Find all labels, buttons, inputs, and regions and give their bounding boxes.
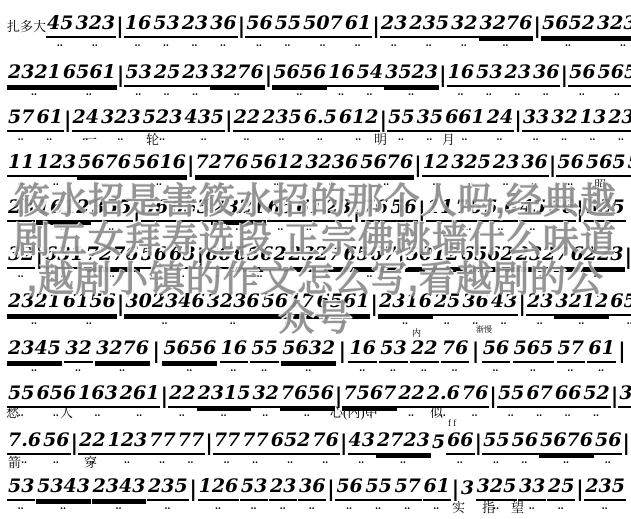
note-group: 77 (213, 431, 241, 455)
note-group: 56 (482, 339, 510, 363)
note-group: 565 (513, 339, 555, 363)
lyric-inline: 大 (33, 20, 46, 38)
note-group: 652 (270, 431, 312, 455)
note-group: 3276 (210, 63, 265, 87)
barline: | (238, 15, 246, 38)
note-group: 5612 (249, 153, 304, 177)
note-group: 323 (74, 14, 116, 38)
barline: | (117, 64, 125, 87)
note-group: 36 (298, 477, 326, 501)
score-line: 1112356765616|7276561232365676|123252336… (7, 153, 626, 177)
barline: | (205, 432, 213, 455)
lyric-annotation: f f (448, 419, 456, 428)
note-group: 43 (348, 431, 376, 455)
barline: | (475, 432, 483, 455)
note-group: 61 (35, 108, 63, 132)
note-group: 24 (486, 108, 514, 132)
note-group: 76 (311, 431, 339, 455)
note-group: 2345 (7, 339, 62, 363)
lyric-annotation: 轮 (146, 133, 159, 146)
note-group: 36 (532, 63, 560, 87)
note-group: 23 (492, 153, 520, 177)
lyric-annotation: 望 (511, 501, 524, 514)
note-group: 3236 (304, 153, 359, 177)
score-line: 5761|24323523435|222356.5612|553566124|3… (7, 108, 626, 132)
watermark-line: 众号 (0, 298, 631, 337)
lyric-annotation: 人 (60, 406, 73, 419)
barline: | (225, 109, 233, 132)
note-group: 22 (168, 384, 196, 408)
note-group: 33 (522, 108, 550, 132)
barline: | (372, 15, 380, 38)
note-group: 16 (348, 339, 376, 363)
note-group: 53 (7, 477, 35, 501)
note-group: 5616 (132, 153, 187, 177)
note-group: 13 (579, 108, 607, 132)
lyric-annotation: 似 (430, 406, 443, 419)
note-group: 55 (364, 477, 392, 501)
note-group: 3523 (384, 63, 439, 87)
sheet-music-page: 扎多大45323|16532336|565550761|23235323276|… (0, 0, 631, 519)
barline: | (340, 432, 348, 455)
note-group: 16 (447, 63, 475, 87)
barline: | (576, 478, 584, 501)
note-group: 23 (380, 14, 408, 38)
note-group: 3.6 (618, 384, 631, 408)
lyric-annotation: 月 (442, 133, 455, 146)
note-group: 57 (557, 339, 585, 363)
note-group: 36 (209, 14, 237, 38)
note-group: 66 (554, 384, 582, 408)
barline: | (160, 385, 168, 408)
lyric-annotation: 明 (374, 133, 387, 146)
barline: | (64, 109, 72, 132)
note-group: 22 (397, 384, 425, 408)
score-line: 5353432343235|126532336|56555761|3325332… (7, 477, 626, 501)
barline: | (611, 385, 619, 408)
watermark-line: ,越剧小镇的作文怎么写,看越剧的公 (0, 259, 631, 298)
score-line: 2345323276|565616555632|16532276|5656557… (7, 339, 626, 363)
note-group: 16 (327, 63, 355, 87)
note-group: 612 (338, 108, 380, 132)
note-group: 57 (627, 153, 631, 177)
score-line: 扎多大45323|16532336|565550761|23235323276|… (7, 14, 626, 38)
note-group: 77 (241, 431, 269, 455)
note-group: 16 (220, 339, 248, 363)
note-group: 7656 (280, 384, 335, 408)
note-group: 5652 (541, 14, 596, 38)
note-group: 36 (520, 153, 548, 177)
barline: | (414, 154, 422, 177)
barline: | (514, 109, 522, 132)
barline: | (265, 64, 273, 87)
note-group: 23 (181, 14, 209, 38)
note-group: 55 (482, 431, 510, 455)
note-group: 235 (147, 477, 189, 501)
note-group: 565 (585, 153, 627, 177)
score-line: 55656163261|222315327656|7567222.676|556… (7, 384, 626, 408)
note-group: 435 (183, 108, 225, 132)
note-group: 56 (511, 431, 539, 455)
barline: | (618, 340, 626, 363)
lyric-annotation: 指 (482, 501, 495, 514)
note-group: 66 (446, 431, 474, 455)
note-group: 235 (584, 477, 626, 501)
score-line: 7.656|221237777|777765276|432723566|5556… (7, 431, 626, 455)
note-group: 53 (475, 63, 503, 87)
note-group: 67 (525, 384, 553, 408)
lyric-annotation: 箭 (8, 456, 21, 469)
note-group: 23 (269, 477, 297, 501)
note-group: 77 (148, 431, 176, 455)
lyric-annotation: 穿 (84, 456, 97, 469)
note-group: 56 (556, 153, 584, 177)
note-group: 61 (587, 339, 615, 363)
note-group: 23 (607, 108, 631, 132)
note-group: 123 (107, 431, 149, 455)
note-group: 23 (181, 63, 209, 87)
note-group: 55 (274, 14, 302, 38)
barline: | (189, 478, 197, 501)
note-group: 325 (450, 153, 492, 177)
note-group: 5632 (281, 339, 336, 363)
note-group: 32 (251, 384, 279, 408)
lyric-annotation: 一 (84, 133, 97, 146)
note-group: 77 (177, 431, 205, 455)
barline: | (472, 340, 480, 363)
barline: | (452, 478, 460, 501)
barline: | (152, 340, 160, 363)
note-group: 56 (568, 63, 596, 87)
note-group: 7276 (195, 153, 250, 177)
note-group: 16 (124, 14, 152, 38)
note-group: 325 (476, 477, 518, 501)
note-group: 45 (46, 14, 74, 38)
lyric-annotation: 实 (452, 501, 465, 514)
barline: | (489, 385, 497, 408)
note-group: 25 (153, 63, 181, 87)
lyric-annotation: 愁 (6, 406, 19, 419)
note-group: 5343 (36, 477, 91, 501)
watermark-text: 筱水招是害筱水招的那个人吗,经典越 剧五女拜寿选段 正宗佛跳墙什么味道 ,越剧小… (0, 181, 631, 337)
note-group: 53 (124, 63, 152, 87)
note-group: 3276 (479, 14, 534, 38)
note-group: 507 (302, 14, 344, 38)
note-group: 3 (460, 479, 475, 501)
lyric-inline: 扎多 (7, 20, 33, 38)
barline: | (338, 340, 346, 363)
note-group: 3276 (95, 339, 150, 363)
note-group: 55 (250, 339, 278, 363)
watermark-line: 剧五女拜寿选段 正宗佛跳墙什么味道 (0, 220, 631, 259)
note-group: 56 (42, 431, 70, 455)
note-group: 523 (142, 108, 184, 132)
barline: | (533, 15, 541, 38)
note-group: 57 (393, 477, 421, 501)
note-group: 5656 (162, 339, 217, 363)
note-group: 55 (387, 108, 415, 132)
barline: | (187, 154, 195, 177)
note-group: 33 (518, 477, 546, 501)
note-group: 261 (119, 384, 161, 408)
note-group: 2343 (92, 477, 147, 501)
note-group: 5676 (77, 153, 132, 177)
barline: | (380, 109, 388, 132)
watermark-line: 筱水招是害筱水招的那个人吗,经典越 (0, 181, 631, 220)
note-group: 57 (7, 108, 35, 132)
note-group: 35 (416, 108, 444, 132)
note-group: 53 (379, 339, 407, 363)
note-group: 163 (77, 384, 119, 408)
lyric-annotation: 心(内)中 (330, 406, 378, 419)
note-group: 32 (64, 339, 92, 363)
note-group: 123 (35, 153, 77, 177)
note-group: 12 (422, 153, 450, 177)
note-group: 25 (547, 477, 575, 501)
note-group: 76 (461, 384, 489, 408)
note-group: 2315 (197, 384, 252, 408)
note-group: 7.6 (7, 431, 42, 455)
barline: | (622, 432, 630, 455)
note-group: 61 (423, 477, 451, 501)
barline: | (439, 64, 447, 87)
note-group: 6561 (62, 63, 117, 87)
note-group: 56 (594, 431, 622, 455)
note-group: 32 (550, 108, 578, 132)
note-group: 661 (444, 108, 486, 132)
note-group: 5676 (359, 153, 414, 177)
barline: | (116, 15, 124, 38)
note-group: 56 (245, 14, 273, 38)
barline: | (327, 478, 335, 501)
note-group: 11 (7, 153, 35, 177)
note-group: 54 (356, 63, 384, 87)
note-group: 22 (233, 108, 261, 132)
note-group: 126 (198, 477, 240, 501)
note-group: 3235 (596, 14, 631, 38)
barline: | (549, 154, 557, 177)
note-group: 5 (431, 433, 446, 455)
barline: | (560, 64, 568, 87)
note-group: 53 (152, 14, 180, 38)
note-group: 235 (408, 14, 450, 38)
note-group: 235 (261, 108, 303, 132)
note-group: 52 (582, 384, 610, 408)
note-group: 22 (410, 339, 438, 363)
note-group: 2321 (7, 63, 62, 87)
note-group: 55 (497, 384, 525, 408)
note-group: 61 (344, 14, 372, 38)
note-group: 2723 (376, 431, 431, 455)
note-group: 56 (335, 477, 363, 501)
barline: | (71, 432, 79, 455)
note-group: 23 (504, 63, 532, 87)
score-line: 23216561|5325233276|565616543523|1653233… (7, 63, 626, 87)
note-group: 76 (441, 339, 469, 363)
note-group: 6.5 (303, 108, 338, 132)
note-group: 32 (450, 14, 478, 38)
note-group: 323 (100, 108, 142, 132)
note-group: 24 (72, 108, 100, 132)
note-group: 22 (78, 431, 106, 455)
note-group: 53 (240, 477, 268, 501)
note-group: 5676 (539, 431, 594, 455)
note-group: 5656 (272, 63, 327, 87)
note-group: 565 (597, 63, 631, 87)
